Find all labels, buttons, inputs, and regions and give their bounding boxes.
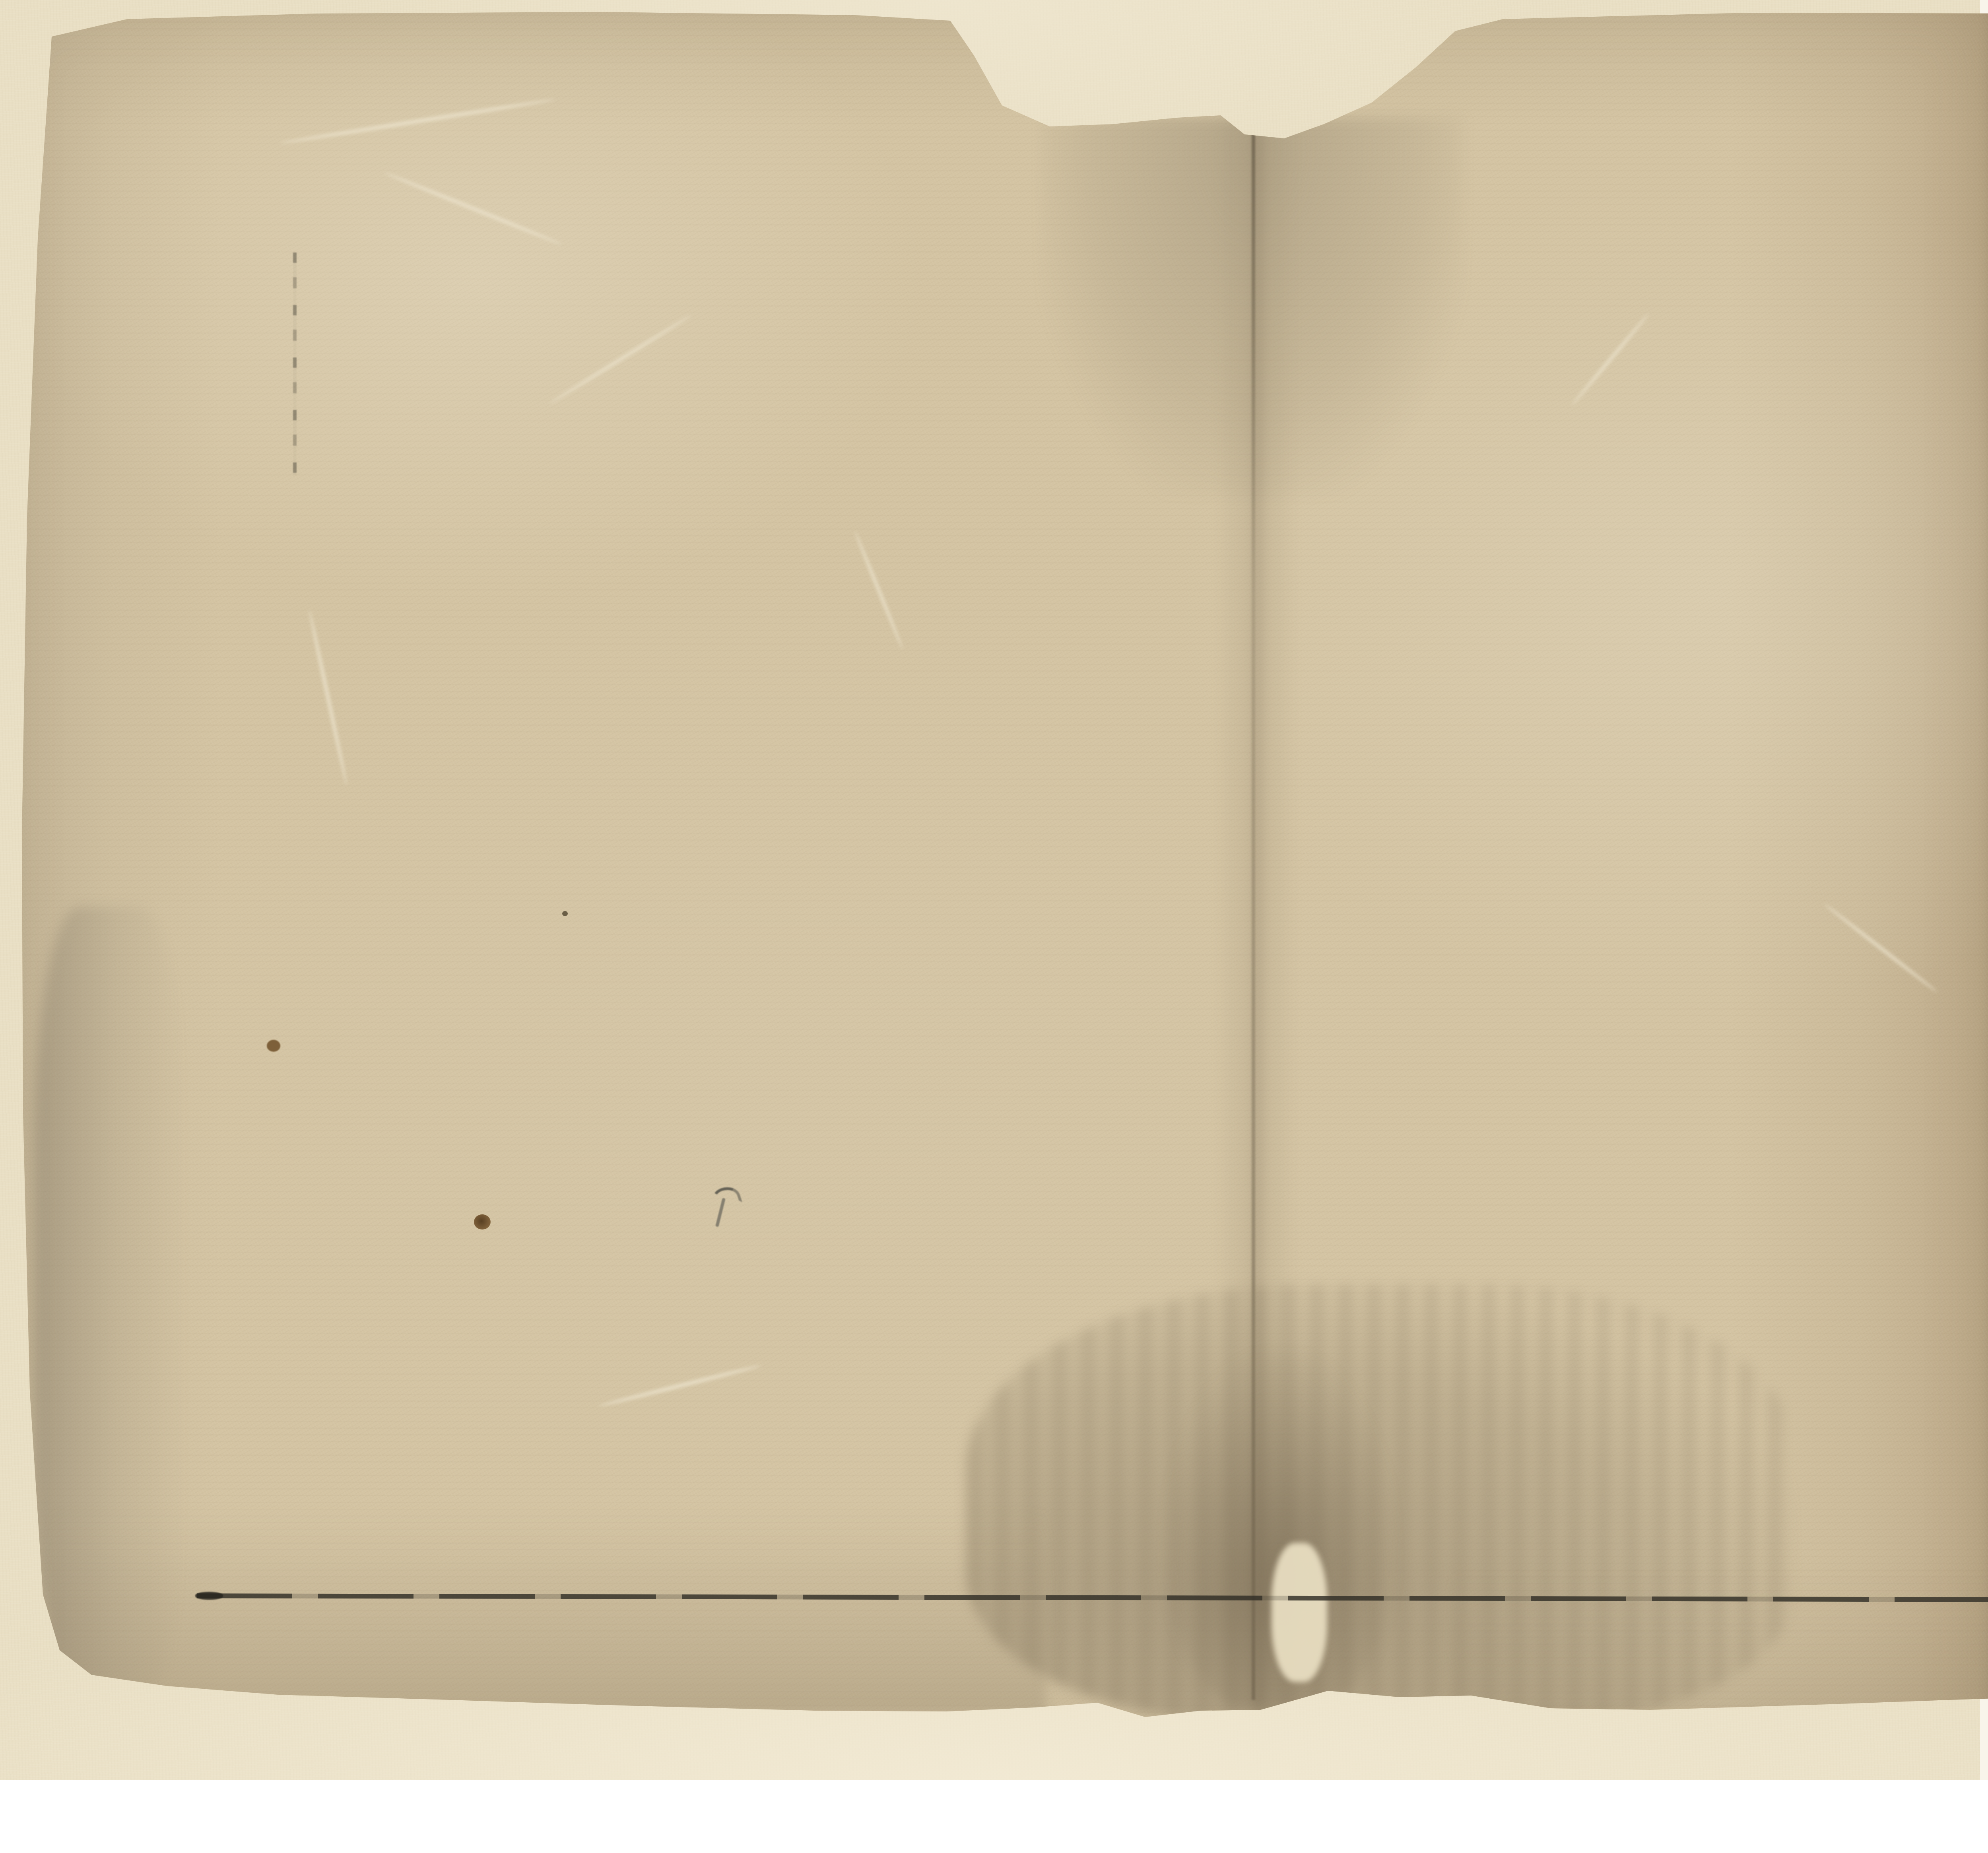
manuscript-sheet: 九代 常標 塩川仁也去 那邊雖為外腹任詔並跡目: [0, 0, 1988, 1780]
paper-grain-texture: [0, 0, 1988, 1780]
stain-speck: [562, 911, 568, 916]
stain-speck: [267, 1040, 280, 1052]
stain-speck: [474, 1214, 491, 1230]
scanned-manuscript-page: 九代 常標 塩川仁也去 那邊雖為外腹任詔並跡目: [0, 0, 1988, 1780]
